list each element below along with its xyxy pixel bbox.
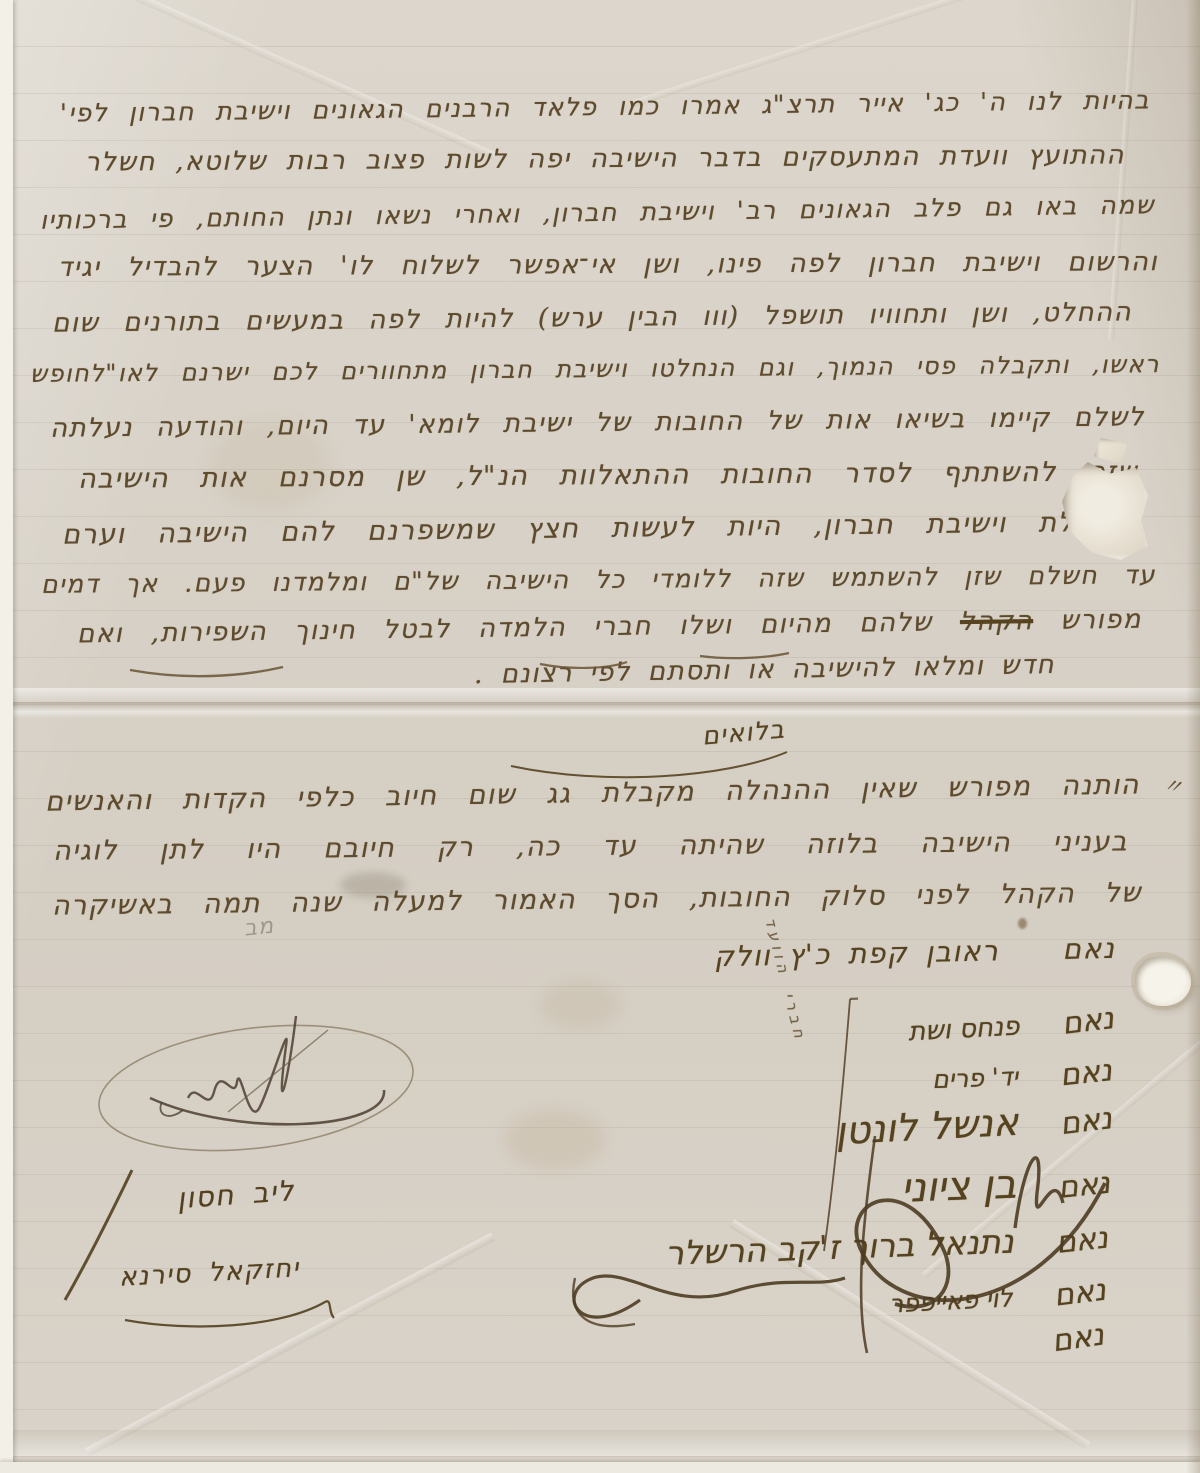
margin-mark: 〃 — [1160, 768, 1187, 801]
crease-bottom-band — [0, 1430, 1200, 1456]
scanned-handwritten-letter: בהיות לנו ה' כג' אייר תרצ"ג אמרו כמו פלא… — [0, 0, 1200, 1473]
left-signature-name-1: ליב חסון — [176, 1174, 296, 1215]
ink-speck-1 — [1018, 918, 1027, 929]
signatory-name: פנחס ושת — [908, 1012, 1021, 1048]
fold-note-flourish — [505, 742, 795, 786]
pencil-mark: מב — [243, 913, 276, 941]
clause-line-2: בעניני הישיבה בלוזה שהיתה עד כה, רק חיוב… — [53, 826, 1128, 866]
signature-prefix: נאם — [1058, 1053, 1113, 1093]
left-signature-stroke — [60, 1165, 140, 1305]
body-line-8: שזה להשתתף לסדר החובות ההתאלוות הנ"ל, שן… — [78, 456, 1138, 494]
first-signature-name: ראובן קפת כ'ץ וולק — [713, 934, 999, 973]
body-line-2: ההתועץ וועדת המתעסקים בדבר הישיבה יפה לש… — [85, 140, 1125, 177]
body-line-1: בהיות לנו ה' כג' אייר תרצ"ג אמרו כמו פלא… — [60, 85, 1150, 127]
body-line-5: ההחלט, ושן ותחוויו תושפל (ווו הבין ערש) … — [52, 297, 1132, 338]
body-line-6: ראשו, ותקבלה פסי הנמוך, וגם הנחלטו וישיב… — [30, 350, 1160, 388]
punch-hole — [1135, 956, 1191, 1006]
crease-diagonal-1 — [0, 0, 496, 160]
body-line-10: עד חשלם שזן להשתמש שזה ללומדי כל הישיבה … — [41, 560, 1156, 599]
oval-signature — [88, 1002, 428, 1172]
body-line-7: לשלם קיימו בשיאו אות של החובות של ישיבת … — [50, 402, 1145, 443]
signatory-name: יד' פרים — [932, 1062, 1019, 1094]
first-signature-prefix: נאם — [1062, 932, 1116, 966]
body-line-4: והרשום וישיבת חברון לפה פינו, ושן אי־אפש… — [58, 247, 1158, 283]
torn-hole — [1062, 462, 1148, 560]
body-line-3: שמה באו גם פלב הגאונים רב' וישיבת חברון,… — [40, 190, 1155, 235]
left-signature-underline — [120, 1292, 340, 1336]
signature-prefix: נאם — [1060, 1001, 1116, 1042]
struck-out-word: הקהל — [960, 606, 1034, 637]
left-signature-name-2: יחזקאל סירנא — [119, 1253, 301, 1292]
clause-line-3: של הקהל לפני סלוק החובות, הסך האמור למעל… — [52, 877, 1142, 921]
fold-line — [0, 702, 1200, 718]
signature-row-2: נאם יד' פרים — [932, 1055, 1113, 1096]
tan-stain-3 — [540, 980, 620, 1030]
committee-label: חברי הוועד — [762, 916, 810, 1044]
line11-before: מפורש — [1060, 605, 1142, 636]
scan-edge-right-shade — [1186, 0, 1200, 1473]
signature-row-1: נאם פנחס ושת — [908, 1003, 1115, 1049]
body-line-9: להנהלת וישיבת חברון, היות לעשות חצץ שמשפ… — [62, 506, 1142, 550]
scan-edge-bottom — [0, 1462, 1200, 1473]
scan-edge-left — [0, 0, 13, 1473]
large-signature-flourish — [545, 1128, 1145, 1363]
fold-highlight — [0, 688, 1200, 702]
end-of-paragraph-dashes — [115, 640, 835, 688]
